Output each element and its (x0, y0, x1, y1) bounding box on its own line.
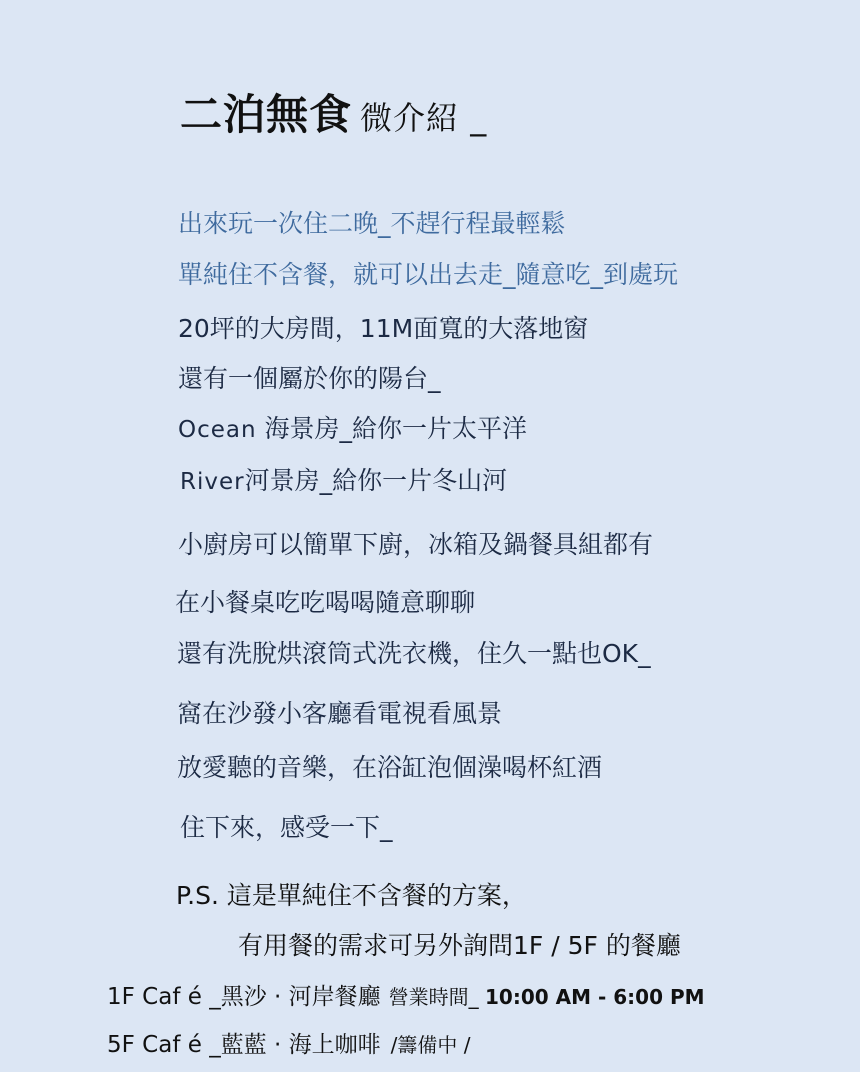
cafe-1f-hours: 營業時間_ 10:00 AM - 6:00 PM (389, 985, 705, 1009)
amenity-line-6: 住下來，感受一下_ (180, 808, 393, 844)
ps-line-2: 有用餐的需求可另外詢問1F / 5F 的餐廳 (238, 926, 681, 962)
amenity-line-4: 窩在沙發小客廳看電視看風景 (177, 694, 502, 730)
amenity-line-1: 小廚房可以簡單下廚，冰箱及鍋餐具組都有 (178, 525, 653, 561)
view-river: River河景房_給你一片冬山河 (180, 461, 507, 497)
title-sub: 微介紹 _ (360, 99, 487, 137)
cafe-5f-status: /籌備中 / (391, 1033, 471, 1057)
view-ocean-latin: Ocean (178, 417, 257, 443)
view-ocean-text: 海景房_給你一片太平洋 (257, 414, 527, 443)
intro-line-1: 出來玩一次住二晚_不趕行程最輕鬆 (178, 204, 566, 240)
view-ocean: Ocean 海景房_給你一片太平洋 (178, 409, 527, 445)
cafe-5f-name: 5F Caf é _藍藍 · 海上咖啡 (107, 1032, 381, 1058)
ps-line-1: P.S. 這是單純住不含餐的方案， (176, 876, 527, 912)
room-line-2: 還有一個屬於你的陽台_ (178, 359, 441, 395)
cafe-5f: 5F Caf é _藍藍 · 海上咖啡/籌備中 / (107, 1026, 470, 1059)
room-line-1: 20坪的大房間，11M面寬的大落地窗 (178, 309, 588, 345)
title-main: 二泊無食 (180, 90, 352, 139)
intro-line-2: 單純住不含餐，就可以出去走_隨意吃_到處玩 (178, 255, 678, 291)
cafe-1f-hours-value: 10:00 AM - 6:00 PM (485, 985, 705, 1009)
cafe-1f: 1F Caf é _黑沙 · 河岸餐廳營業時間_ 10:00 AM - 6:00… (107, 978, 705, 1011)
view-river-text: 河景房_給你一片冬山河 (245, 466, 508, 495)
view-river-latin: River (180, 469, 245, 495)
cafe-1f-hours-label: 營業時間_ (389, 985, 479, 1009)
amenity-line-3: 還有洗脫烘滾筒式洗衣機，住久一點也OK_ (177, 634, 651, 670)
amenity-line-5: 放愛聽的音樂，在浴缸泡個澡喝杯紅酒 (177, 748, 602, 784)
page-title: 二泊無食微介紹 _ (180, 82, 487, 142)
cafe-1f-name: 1F Caf é _黑沙 · 河岸餐廳 (107, 984, 381, 1010)
amenity-line-2: 在小餐桌吃吃喝喝隨意聊聊 (175, 583, 475, 619)
